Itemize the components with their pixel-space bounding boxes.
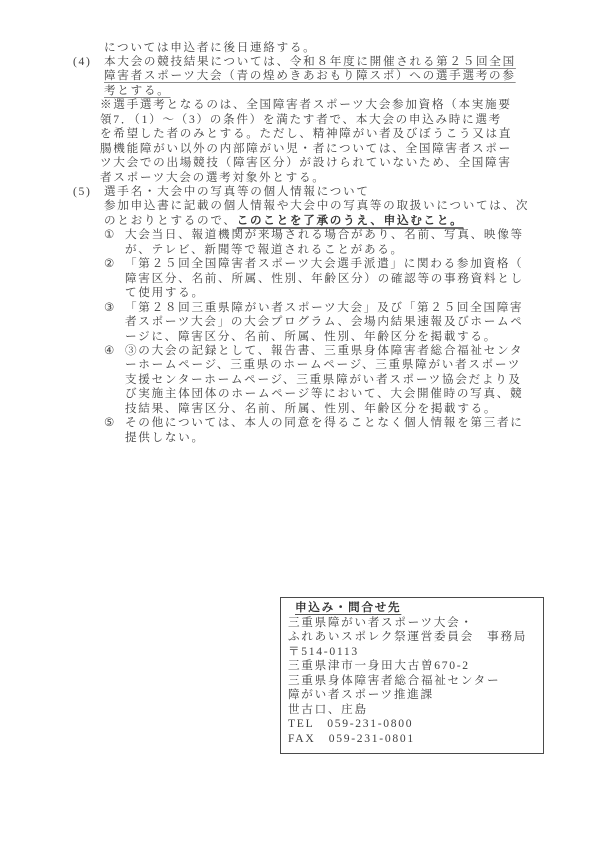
section-5: (5) 選手名・大会中の写真等の個人情報について 参加申込書に記載の個人情報や大… [0,185,595,445]
list-item-1-number: ① [104,228,125,257]
list-item-2-text: 「第２５回全国障害者スポーツ大会選手派遣」に関わる参加資格（ 障害区分、名前、所… [125,257,524,300]
list-item-5: ⑤その他については、本人の同意を得ることなく個人情報を第三者に 提供しない。 [104,416,595,445]
list-item-4-text: ③の大会の記録として、報告書、三重県身体障害者総合福祉センタ ーホームページ、三… [125,344,523,416]
list-item-4: ④③の大会の記録として、報告書、三重県身体障害者総合福祉センタ ーホームページ、… [104,344,595,416]
intro-line: については申込者に後日連絡する。 [104,41,595,55]
section-4-label: (4) [73,55,92,69]
section-4-note: ※選手選考となるのは、全国障害者スポーツ大会参加資格（本実施要 領7．（1）～（… [100,98,595,185]
contact-box-title: 申込み・問合せ先 [295,601,401,616]
list-item-1: ①大会当日、報道機関が来場される場合があり、名前、写真、映像等 が、テレビ、新聞… [104,228,595,257]
list-item-2-number: ② [104,257,125,300]
list-item-1-text: 大会当日、報道機関が来場される場合があり、名前、写真、映像等 が、テレビ、新聞等… [125,228,524,257]
list-item-3-text: 「第２８回三重県障がい者スポーツ大会」及び「第２５回全国障害 者スポーツ大会」の… [125,301,524,344]
section-4-lead-text: 本大会の競技結果については、 [104,55,290,68]
list-item-4-number: ④ [104,344,125,416]
document-body: については申込者に後日連絡する。 (4) 本大会の競技結果については、令和８年度… [0,0,595,445]
section-5-emphasis-text: このことを了承のうえ、申込むこと。 [237,214,464,227]
document-page: については申込者に後日連絡する。 (4) 本大会の競技結果については、令和８年度… [0,0,595,842]
contact-box-details: 三重県障がい者スポーツ大会・ ふれあいスポレク祭運営委員会 事務局 〒514-0… [288,616,536,747]
section-5-title: 選手名・大会中の写真等の個人情報について [104,185,595,199]
contact-box: 申込み・問合せ先 三重県障がい者スポーツ大会・ ふれあいスポレク祭運営委員会 事… [280,597,544,754]
list-item-5-number: ⑤ [104,416,125,445]
section-4-paragraph: 本大会の競技結果については、令和８年度に開催される第２５回全国 障害者スポーツ大… [104,55,595,98]
list-item-3: ③「第２８回三重県障がい者スポーツ大会」及び「第２５回全国障害 者スポーツ大会」… [104,301,595,344]
list-item-2: ②「第２５回全国障害者スポーツ大会選手派遣」に関わる参加資格（ 障害区分、名前、… [104,257,595,300]
section-4: (4) 本大会の競技結果については、令和８年度に開催される第２５回全国 障害者ス… [0,55,595,185]
list-item-3-number: ③ [104,301,125,344]
section-5-paragraph: 参加申込書に記載の個人情報や大会中の写真等の取扱いについては、次 のとおりとする… [104,199,595,228]
list-item-5-text: その他については、本人の同意を得ることなく個人情報を第三者に 提供しない。 [125,416,524,445]
section-5-label: (5) [73,185,92,199]
